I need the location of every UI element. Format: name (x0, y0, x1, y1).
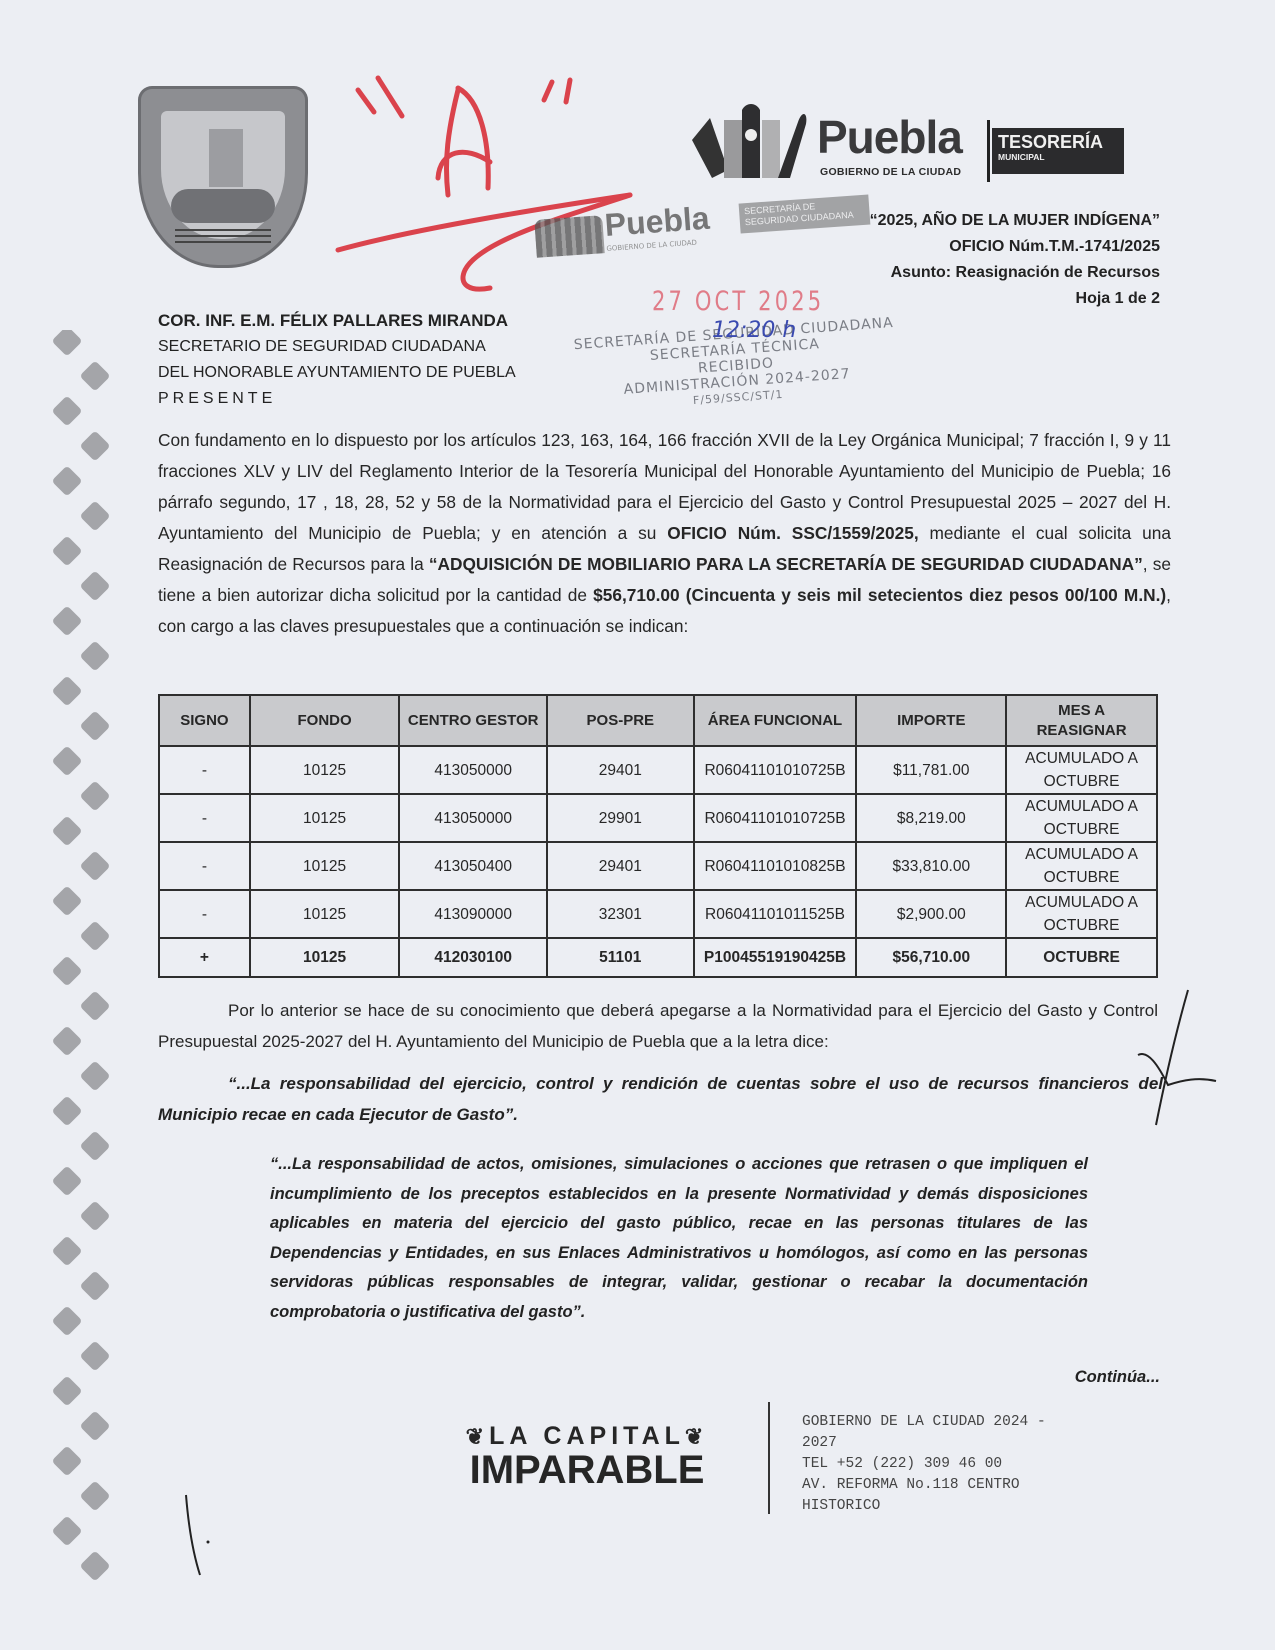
column-header: MES A REASIGNAR (1006, 695, 1157, 746)
body-paragraph-1: Con fundamento en lo dispuesto por los a… (158, 425, 1171, 642)
table-cell: 29401 (547, 746, 694, 794)
table-cell: R06041101011525B (694, 890, 857, 938)
logo-city-name: Puebla (817, 110, 962, 164)
subject: Asunto: Reasignación de Recursos (870, 260, 1160, 286)
table-cell: ACUMULADO A OCTUBRE (1006, 842, 1157, 890)
table-cell: 413050000 (399, 746, 547, 794)
table-cell: 10125 (250, 746, 400, 794)
handwritten-mark (178, 1490, 218, 1580)
puebla-city-icon (534, 215, 604, 258)
ssc-logo-box: SECRETARÍA DE SEGURIDAD CIUDADANA (739, 195, 871, 234)
table-cell: P10045519190425B (694, 938, 857, 977)
continued-label: Continúa... (1075, 1368, 1160, 1387)
table-cell: ACUMULADO A OCTUBRE (1006, 746, 1157, 794)
table-cell: R06041101010825B (694, 842, 857, 890)
addressee-block: COR. INF. E.M. FÉLIX PALLARES MIRANDA SE… (158, 308, 516, 412)
budget-table: SIGNOFONDOCENTRO GESTORPOS-PREÁREA FUNCI… (158, 694, 1158, 978)
slogan-line1: LA CAPITAL (489, 1422, 685, 1450)
table-cell: OCTUBRE (1006, 938, 1157, 977)
received-stamp-time: 12:20 h (712, 318, 796, 343)
column-header: IMPORTE (856, 695, 1006, 746)
table-cell: 10125 (250, 794, 400, 842)
p1-amount: $56,710.00 (Cincuenta y seis mil setecie… (593, 585, 1166, 605)
table-header-row: SIGNOFONDOCENTRO GESTORPOS-PREÁREA FUNCI… (159, 695, 1157, 746)
addressee-title: SECRETARIO DE SEGURIDAD CIUDADANA (158, 334, 516, 360)
slogan-line2: IMPARABLE (442, 1451, 732, 1489)
table-cell: 413050000 (399, 794, 547, 842)
ssc-stamped-logo: Puebla GOBIERNO DE LA CIUDAD SECRETARÍA … (534, 188, 877, 262)
table-cell: 51101 (547, 938, 694, 977)
addressee-org: DEL HONORABLE AYUNTAMIENTO DE PUEBLA (158, 360, 516, 386)
handwritten-red-mark (330, 70, 650, 320)
table-cell: 412030100 (399, 938, 547, 977)
table-cell: 10125 (250, 842, 400, 890)
table-cell: ACUMULADO A OCTUBRE (1006, 794, 1157, 842)
footer-contact-info: GOBIERNO DE LA CIUDAD 2024 - 2027 TEL +5… (802, 1412, 1092, 1517)
column-header: ÁREA FUNCIONAL (694, 695, 857, 746)
table-cell: $2,900.00 (856, 890, 1006, 938)
column-header: POS-PRE (547, 695, 694, 746)
oficio-number: OFICIO Núm.T.M.-1741/2025 (870, 234, 1160, 260)
table-cell: ACUMULADO A OCTUBRE (1006, 890, 1157, 938)
quote-2: “...La responsabilidad de actos, omision… (270, 1150, 1088, 1327)
p2-text: Por lo anterior se hace de su conocimien… (158, 1001, 1158, 1051)
puebla-tesoreria-logo: Puebla GOBIERNO DE LA CIUDAD TESORERÍA M… (690, 100, 1125, 180)
page-indicator: Hoja 1 de 2 (870, 286, 1160, 312)
logo-subtitle: GOBIERNO DE LA CIUDAD (820, 166, 961, 178)
document-meta: “2025, AÑO DE LA MUJER INDÍGENA” OFICIO … (870, 208, 1160, 312)
year-motto: “2025, AÑO DE LA MUJER INDÍGENA” (870, 208, 1160, 234)
logo-department-sub: MUNICIPAL (998, 152, 1118, 162)
city-crest-logo (138, 86, 308, 268)
table-cell: 413050400 (399, 842, 547, 890)
table-row: -1012541305000029401R06041101010725B$11,… (159, 746, 1157, 794)
table-cell: - (159, 890, 250, 938)
footer-divider (768, 1402, 770, 1514)
addressee-name: COR. INF. E.M. FÉLIX PALLARES MIRANDA (158, 308, 516, 334)
table-cell: 10125 (250, 938, 400, 977)
table-cell: + (159, 938, 250, 977)
column-header: FONDO (250, 695, 400, 746)
wing-right-icon: ❦ (685, 1424, 708, 1450)
table-cell: 413090000 (399, 890, 547, 938)
table-cell: $56,710.00 (856, 938, 1006, 977)
puebla-city-icon (690, 100, 810, 180)
table-cell: 29901 (547, 794, 694, 842)
table-cell: $33,810.00 (856, 842, 1006, 890)
table-row: -1012541309000032301R06041101011525B$2,9… (159, 890, 1157, 938)
quote-1: “...La responsabilidad del ejercicio, co… (158, 1068, 1163, 1130)
p1-oficio-ref: OFICIO Núm. SSC/1559/2025, (667, 523, 918, 543)
table-cell: $8,219.00 (856, 794, 1006, 842)
salutation: PRESENTE (158, 386, 516, 412)
logo-department: TESORERÍA (998, 132, 1118, 152)
logo-department-box: TESORERÍA MUNICIPAL (992, 128, 1124, 174)
received-stamp-date: 27 OCT 2025 (652, 286, 824, 317)
table-cell: 32301 (547, 890, 694, 938)
column-header: SIGNO (159, 695, 250, 746)
table-cell: 29401 (547, 842, 694, 890)
table-cell: - (159, 794, 250, 842)
column-header: CENTRO GESTOR (399, 695, 547, 746)
table-cell: R06041101010725B (694, 746, 857, 794)
table-cell: $11,781.00 (856, 746, 1006, 794)
table-cell: - (159, 842, 250, 890)
slogan-logo: ❦LA CAPITAL❦ IMPARABLE (442, 1422, 732, 1489)
body-paragraph-2: Por lo anterior se hace de su conocimien… (158, 995, 1158, 1057)
ssc-logo-city: Puebla (603, 200, 710, 244)
table-total-row: +1012541203010051101P10045519190425B$56,… (159, 938, 1157, 977)
decorative-border (48, 330, 120, 1580)
table-row: -1012541305040029401R06041101010825B$33,… (159, 842, 1157, 890)
handwritten-initial (1128, 985, 1228, 1135)
p1-project-name: “ADQUISICIÓN DE MOBILIARIO PARA LA SECRE… (429, 554, 1143, 574)
wing-left-icon: ❦ (466, 1424, 489, 1450)
table-row: -1012541305000029901R06041101010725B$8,2… (159, 794, 1157, 842)
table-cell: R06041101010725B (694, 794, 857, 842)
table-cell: 10125 (250, 890, 400, 938)
table-cell: - (159, 746, 250, 794)
